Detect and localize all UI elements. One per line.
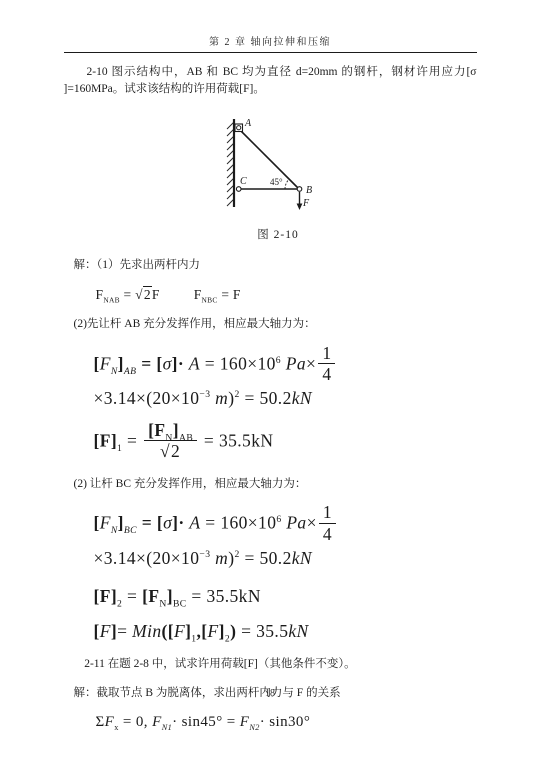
times: ×: [307, 513, 317, 533]
sqrt-symbol: √: [160, 441, 170, 461]
bar-ab: [239, 129, 298, 188]
sub-n1: N1: [162, 723, 172, 732]
var-sigma: σ: [163, 353, 172, 373]
pin-b: [297, 187, 302, 192]
var-a: A: [189, 353, 200, 373]
angle-arc: [285, 179, 289, 189]
equation-f2: [F]2 = [FN]BC = 35.5kN: [64, 586, 477, 608]
value: ×3.14×(20×10: [94, 548, 200, 568]
sin30: · sin30°: [260, 714, 310, 730]
unit-pa: Pa: [281, 353, 306, 373]
figure-caption: 图 2-10: [72, 226, 485, 242]
sub-n: N: [159, 598, 166, 609]
fraction-quarter: 14: [318, 343, 335, 384]
bracket-dot: ]·: [172, 513, 189, 533]
page-number: 18: [0, 688, 540, 699]
equation-f1: [F]1 = [FN]AB√2 = 35.5kN: [64, 422, 477, 463]
header-rule: [64, 52, 477, 53]
unit-kn: kN: [292, 548, 312, 568]
equals: =: [122, 430, 142, 450]
step-ab-label: (2)先让杆 AB 充分发挥作用，相应最大轴力为：: [64, 316, 477, 333]
force-sub: NBC: [202, 296, 218, 305]
var-f: F: [100, 513, 111, 533]
result: = 35.5: [236, 621, 288, 641]
min-function: Min: [132, 621, 161, 641]
equation-min: [F]= Min([F]1,[F]2) = 35.5kN: [64, 621, 477, 643]
force-sub: NAB: [103, 296, 120, 305]
denominator: √2: [144, 441, 197, 461]
unit-kn: kN: [288, 621, 308, 641]
equals-bracket: = [: [137, 513, 163, 533]
sub-bc: BC: [124, 526, 137, 537]
var-f: F: [100, 621, 111, 641]
bracket-f: [F]: [94, 430, 118, 450]
document-page: 第 2 章 轴向拉伸和压缩 2-10 图示结构中，AB 和 BC 均为直径 d=…: [0, 0, 540, 768]
sub-ab: AB: [124, 366, 137, 377]
paren-bracket: ([: [162, 621, 174, 641]
value: ×3.14×(20×10: [94, 388, 200, 408]
denominator: 4: [319, 524, 336, 544]
equals: =: [122, 586, 142, 606]
exponent: −3: [199, 389, 210, 400]
sin45: · sin45° =: [172, 714, 240, 730]
bracket-dot: ]·: [172, 353, 189, 373]
sub-n: N: [111, 526, 118, 537]
var-f: F: [100, 353, 111, 373]
figure-2-10: A B C F 45°: [218, 112, 338, 217]
var-f: F: [152, 714, 162, 730]
equals-zero: = 0,: [119, 714, 152, 730]
fraction-fnab-sqrt2: [FN]AB√2: [144, 420, 197, 461]
sub-n2: N2: [249, 723, 259, 732]
force-value: F: [152, 287, 160, 302]
fraction-quarter: 14: [319, 502, 336, 543]
radicand: 2: [170, 440, 181, 461]
result: = 35.5kN: [187, 586, 261, 606]
sqrt-symbol: √: [135, 287, 143, 302]
sub-n: N: [111, 366, 118, 377]
sigma-sum: Σ: [96, 714, 105, 730]
bracket-f: [F: [142, 586, 159, 606]
page-content: 2-10 图示结构中，AB 和 BC 均为直径 d=20mm 的钢杆，钢材许用应…: [64, 64, 477, 732]
angle-label: 45°: [270, 177, 283, 187]
equals: =: [120, 287, 135, 302]
var-f: F: [240, 714, 250, 730]
var-a: A: [189, 513, 200, 533]
sub-bc: BC: [173, 598, 187, 609]
equals-bracket: = [: [136, 353, 162, 373]
denominator: 4: [318, 364, 335, 384]
numerator: 1: [319, 502, 336, 523]
label-c: C: [240, 176, 247, 187]
result: = 35.5kN: [199, 430, 273, 450]
radicand: 2: [143, 286, 152, 302]
label-a: A: [244, 118, 252, 129]
structure-diagram: A B C F 45°: [218, 112, 338, 212]
numerator: [FN]AB: [144, 420, 197, 441]
var-sigma: σ: [163, 513, 172, 533]
force-arrow: [297, 192, 303, 210]
label-f: F: [302, 198, 310, 209]
var-f: F: [174, 621, 185, 641]
pin-a: [235, 124, 243, 132]
value: = 160×10: [200, 353, 276, 373]
equation-fn-ab: [FN]AB = [σ]· A = 160×106 Pa×14: [64, 345, 477, 386]
bracket-f: [F]: [94, 586, 118, 606]
comma-bracket: ,[: [197, 621, 208, 641]
result: = 50.2: [240, 388, 292, 408]
var-f: F: [105, 714, 115, 730]
equation-fn-bc: [FN]BC = [σ]· A = 160×106 Pa×14: [64, 504, 477, 545]
exponent: −3: [199, 549, 210, 560]
var-f: F: [208, 621, 219, 641]
unit-pa: Pa: [282, 513, 307, 533]
equation-member-forces: FNAB = √2FFNBC = F: [64, 287, 477, 303]
bracket-f: [F: [148, 420, 165, 440]
problem-2-10-statement: 2-10 图示结构中，AB 和 BC 均为直径 d=20mm 的钢杆，钢材许用应…: [64, 64, 477, 98]
unit-m: m: [210, 548, 228, 568]
unit-m: m: [210, 388, 228, 408]
chapter-header: 第 2 章 轴向拉伸和压缩: [0, 0, 540, 48]
solution-intro-2-10: 解：（1）先求出两杆内力: [64, 257, 477, 274]
value: = 160×10: [201, 513, 277, 533]
result: = 50.2: [240, 548, 292, 568]
equation-fn-bc-line2: ×3.14×(20×10−3 m)2 = 50.2kN: [64, 548, 477, 570]
force-value: = F: [218, 287, 241, 302]
force-var: F: [194, 287, 202, 302]
equation-equilibrium: ΣFx = 0, FN1· sin45° = FN2· sin30°: [64, 713, 477, 732]
times: ×: [306, 353, 316, 373]
equation-fn-ab-line2: ×3.14×(20×10−3 m)2 = 50.2kN: [64, 388, 477, 410]
label-b: B: [306, 185, 312, 196]
unit-kn: kN: [292, 388, 312, 408]
step-bc-label: (2) 让杆 BC 充分发挥作用，相应最大轴力为：: [64, 476, 477, 493]
problem-2-11-statement: 2-11 在题 2-8 中，试求许用荷载[F]（其他条件不变）。: [64, 656, 477, 673]
equals: =: [117, 621, 132, 641]
pin-c: [236, 187, 241, 192]
numerator: 1: [318, 343, 335, 364]
